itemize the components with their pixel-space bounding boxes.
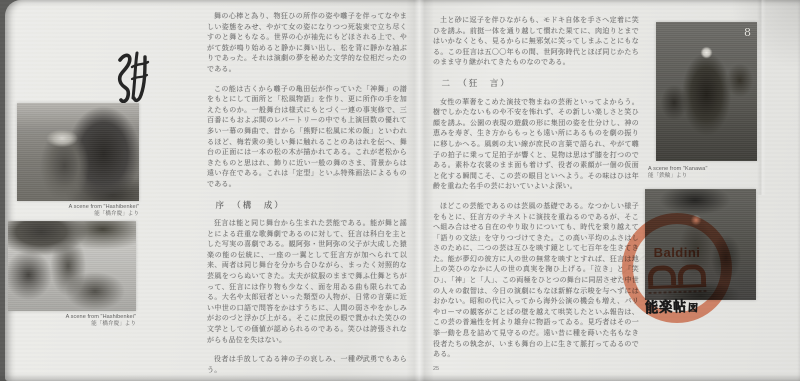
paragraph: 土と砂に逗子を伴ひながらも、モドキ自体を手さへ定着に笑ひを誘ふ。前挺一体を通り越…: [433, 16, 639, 69]
book-spread-scan: A scene from "Hashibenkei" 能「橋弁慶」より A sc…: [0, 0, 800, 381]
page-number-left: 24: [357, 355, 363, 361]
caption-english: A scene from "Hashibenkei": [8, 314, 136, 321]
caption-japanese: 能「鉄輪」より: [648, 173, 753, 180]
photo-caption: A scene from "Hashibenkei" 能「橋弁慶」より: [17, 204, 139, 218]
stage-photo-left-top: [17, 103, 139, 201]
logo-arch-right: [678, 264, 707, 285]
left-text-column: 舞の心棒と為り、物狂ひの所作の姿や囃子を伴ってなやましい姿態をみせ、やがて女の姿…: [207, 12, 407, 381]
photo-caption: A scene from "Kanawa" 能「鉄輪」より: [648, 166, 753, 180]
paragraph: この能は古くから囃子の亀田伝が作っていた「神舞」の譜をもとにして面所と「松風物語…: [207, 85, 407, 191]
caption-english: A scene from "Kanawa": [648, 166, 753, 173]
baldini-logo-icon: [648, 264, 707, 294]
ink-stamp-calligraphy: 能楽帖: [645, 294, 688, 317]
photo-caption: A scene from "Hashibenkei" 能「橋弁慶」より: [8, 314, 136, 328]
paragraph: 舞の心棒と為り、物狂ひの所作の姿や囃子を伴ってなやましい姿態をみせ、やがて女の姿…: [207, 12, 407, 76]
paragraph: 女性の華奢をこめた演技で物まねの芸術といってよからう。樹でしかたないものや不安を…: [433, 98, 639, 193]
calligraphy-strokes: [110, 48, 154, 110]
logo-arch-left: [648, 265, 677, 286]
caption-japanese: 能「橋弁慶」より: [8, 321, 136, 328]
caption-japanese: 能「橋弁慶」より: [17, 211, 139, 218]
brush-calligraphy-character: [110, 48, 154, 110]
logo-arches: [648, 264, 707, 286]
watermark-text: Baldini: [622, 245, 732, 260]
section-heading: 序 （構 成）: [207, 200, 407, 211]
ink-stamp-calligraphy-small: 図: [688, 299, 699, 315]
photo-grain: [8, 221, 136, 311]
photo-grain: [17, 103, 139, 201]
stage-photo-left-bottom: [8, 221, 136, 311]
page-number-right: 25: [433, 366, 439, 372]
caption-english: A scene from "Hashibenkei": [17, 204, 139, 211]
right-text-column: 土と砂に逗子を伴ひながらも、モドキ自体を手さへ定着に笑ひを誘ふ。前挺一体を通り越…: [433, 16, 639, 370]
section-heading: 二 （狂 言）: [433, 78, 639, 89]
photo-corner-mark: 8: [744, 26, 751, 39]
photo-grain: [656, 22, 757, 161]
stage-photo-right-top: 8: [656, 22, 757, 161]
paragraph: 狂言は能と同じ舞台から生まれた芸能である。能が舞と謡とによる荘重な歌舞劇であるの…: [207, 219, 407, 346]
paragraph: ほどこの芸能であるのは芸風の基礎である。なつかしい様子をもとに、狂言方のテキスト…: [433, 202, 639, 361]
paragraph: 役者は手放してゐる神の子の哀しみ、一種の武勇でもあらう。: [207, 355, 407, 376]
